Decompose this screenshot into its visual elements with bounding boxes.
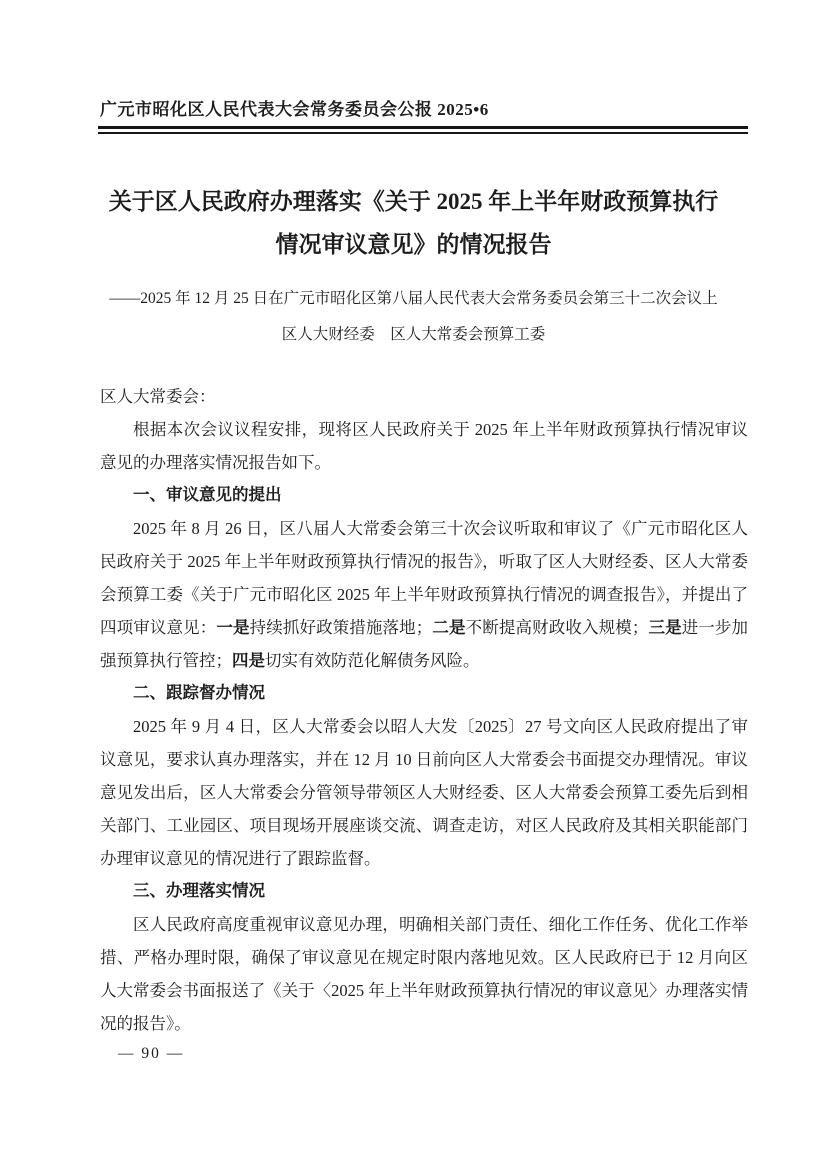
- section-heading-1: 一、审议意见的提出: [100, 479, 748, 512]
- section-1-bold-run-3: 三是: [648, 618, 681, 637]
- document-body: 区人大常委会： 根据本次会议议程安排，现将区人民政府关于 2025 年上半年财政…: [100, 380, 748, 1040]
- page-number: — 90 —: [118, 1045, 184, 1063]
- committee-byline: 区人大财经委 区人大常委会预算工委: [80, 324, 747, 346]
- bulletin-masthead: 广元市昭化区人民代表大会常务委员会公报 2025•6: [100, 95, 748, 120]
- document-page: 广元市昭化区人民代表大会常务委员会公报 2025•6 关于区人民政府办理落实《关…: [0, 0, 827, 1170]
- document-title-line-2: 情况审议意见》的情况报告: [80, 223, 747, 266]
- section-1-text-run: 持续抓好政策措施落地；: [250, 618, 433, 637]
- meeting-session-subtitle: ——2025 年 12 月 25 日在广元市昭化区第八届人民代表大会常务委员会第…: [80, 288, 747, 310]
- section-1-bold-run-1: 一是: [216, 618, 249, 637]
- section-1-paragraph: 2025 年 8 月 26 日，区八届人大常委会第三十次会议听取和审议了《广元市…: [100, 512, 748, 677]
- intro-paragraph: 根据本次会议议程安排，现将区人民政府关于 2025 年上半年财政预算执行情况审议…: [100, 413, 748, 479]
- section-1-text-run: 不断提高财政收入规模；: [466, 618, 649, 637]
- salutation: 区人大常委会：: [100, 380, 748, 413]
- section-3-paragraph: 区人民政府高度重视审议意见办理，明确相关部门责任、细化工作任务、优化工作举措、严…: [100, 908, 748, 1040]
- document-title: 关于区人民政府办理落实《关于 2025 年上半年财政预算执行 情况审议意见》的情…: [80, 180, 747, 266]
- section-heading-2: 二、跟踪督办情况: [100, 677, 748, 710]
- section-1-bold-run-4: 四是: [232, 651, 265, 670]
- masthead-divider-rule: [98, 126, 748, 134]
- document-title-line-1: 关于区人民政府办理落实《关于 2025 年上半年财政预算执行: [80, 180, 747, 223]
- section-heading-3: 三、办理落实情况: [100, 875, 748, 908]
- section-1-bold-run-2: 二是: [432, 618, 465, 637]
- section-2-paragraph: 2025 年 9 月 4 日，区人大常委会以昭人大发〔2025〕27 号文向区人…: [100, 710, 748, 875]
- section-1-text-run: 切实有效防范化解债务风险。: [265, 651, 480, 670]
